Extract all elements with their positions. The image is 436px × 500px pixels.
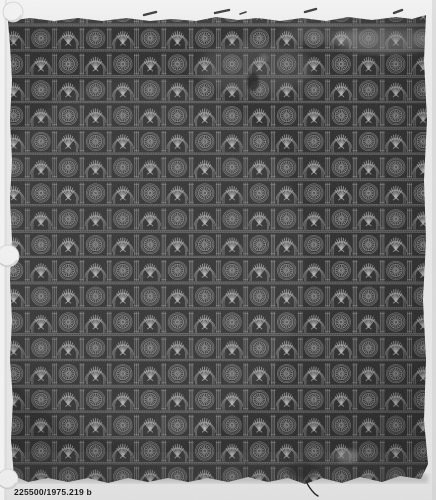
- catalog-photo: 225500/1975.219 b: [0, 0, 436, 500]
- film-grain: [0, 0, 436, 500]
- textile-photo: [0, 0, 436, 500]
- accession-label: 225500/1975.219 b: [14, 487, 92, 497]
